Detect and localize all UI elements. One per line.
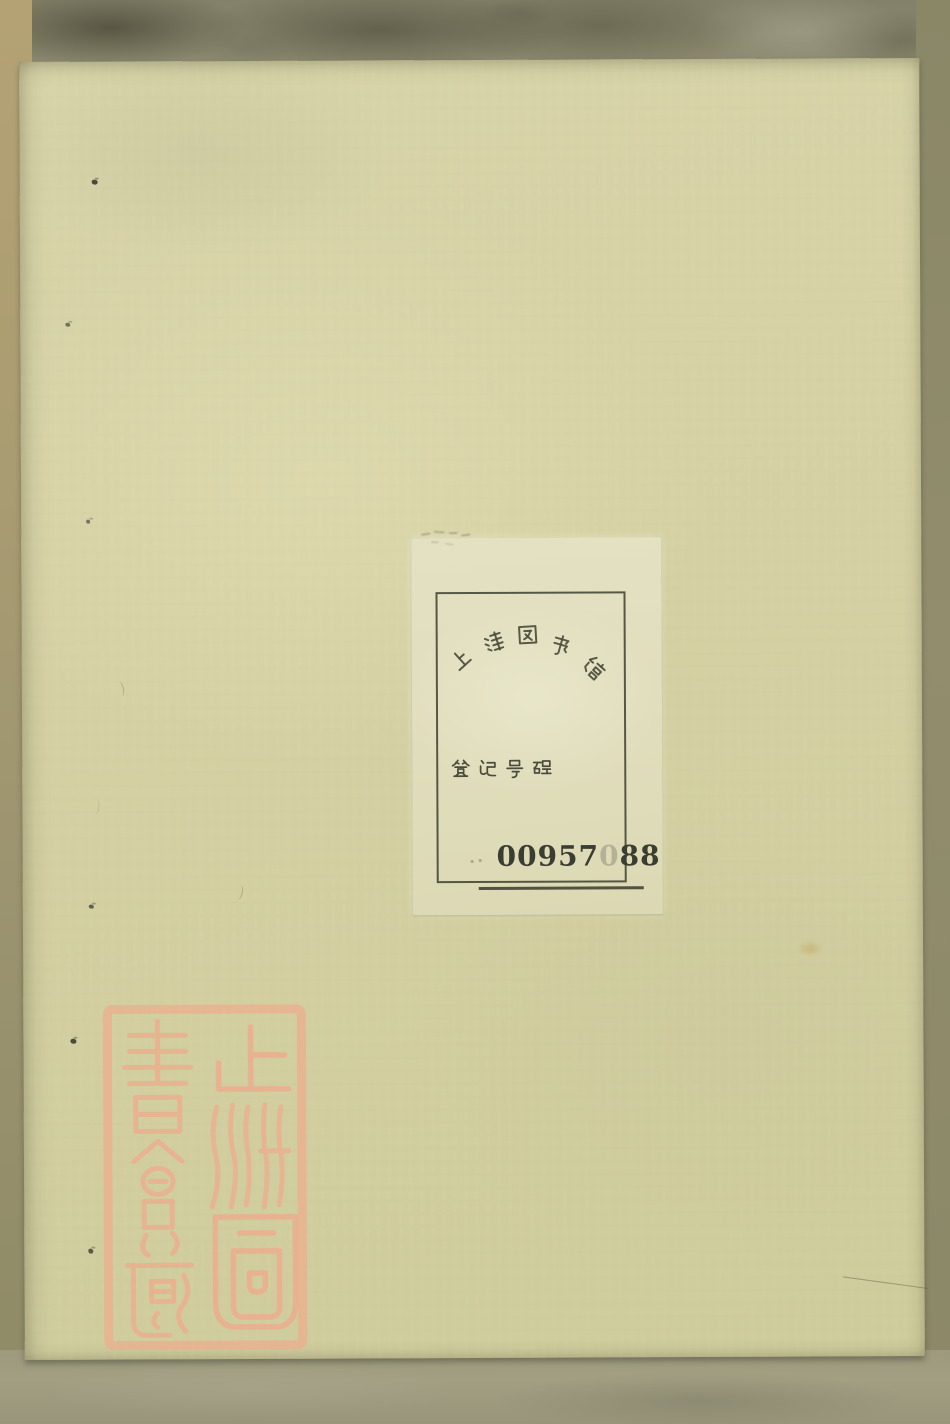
arc-char-shu — [546, 630, 576, 660]
registration-number-suffix: 88 — [619, 839, 660, 872]
registration-number-faint-digit: 0 — [599, 839, 620, 872]
library-collection-seal: 上海圖書館藏 — [101, 1003, 309, 1352]
ink-speck — [70, 1039, 76, 1044]
arc-char-shang: 上海图书馆 — [444, 643, 478, 677]
seal-char-hai — [212, 1105, 289, 1207]
backdrop-bottom-strip — [0, 1350, 950, 1424]
seal-char-cang — [127, 1265, 191, 1335]
caption-char-deng: 登记号码 — [450, 758, 471, 779]
registration-stamp-frame: 上海图书馆 — [435, 591, 626, 883]
photo-stage: 上海图书馆 — [0, 0, 950, 1424]
caption-char-hao — [504, 758, 525, 779]
ink-speck — [88, 1249, 93, 1254]
seal-char-shang — [218, 1027, 288, 1089]
arc-char-tu — [515, 622, 540, 647]
registration-number-prefix: 00957 — [497, 839, 600, 872]
library-label: 上海图书馆 — [411, 537, 663, 915]
registration-caption-stamp: 登记号码 — [437, 593, 623, 594]
arc-char-guan — [577, 652, 611, 686]
ink-speck — [89, 905, 94, 909]
document-page: 上海图书馆 — [19, 58, 925, 1360]
registration-number: 00957088 — [497, 839, 657, 876]
seal-char-tu — [215, 1217, 295, 1327]
ink-speck — [65, 323, 70, 327]
paper-nick — [115, 681, 125, 697]
ink-speck — [86, 520, 90, 524]
seal-char-guan — [134, 1141, 182, 1255]
faint-ink-dots — [471, 858, 489, 864]
paper-nick — [92, 799, 100, 815]
paper-stain — [797, 940, 823, 956]
paper-crease — [843, 1276, 928, 1289]
arc-char-hai — [479, 628, 509, 658]
ink-speck — [92, 180, 98, 185]
seal-char-shu — [124, 1021, 190, 1131]
faint-offset-print — [419, 529, 485, 551]
library-name-arc-stamp: 上海图书馆 — [437, 593, 623, 594]
seal-border — [107, 1009, 302, 1346]
paper-nick — [234, 884, 244, 900]
stamp-underline — [479, 886, 644, 889]
caption-char-ma — [531, 758, 552, 779]
caption-char-ji — [477, 758, 498, 779]
